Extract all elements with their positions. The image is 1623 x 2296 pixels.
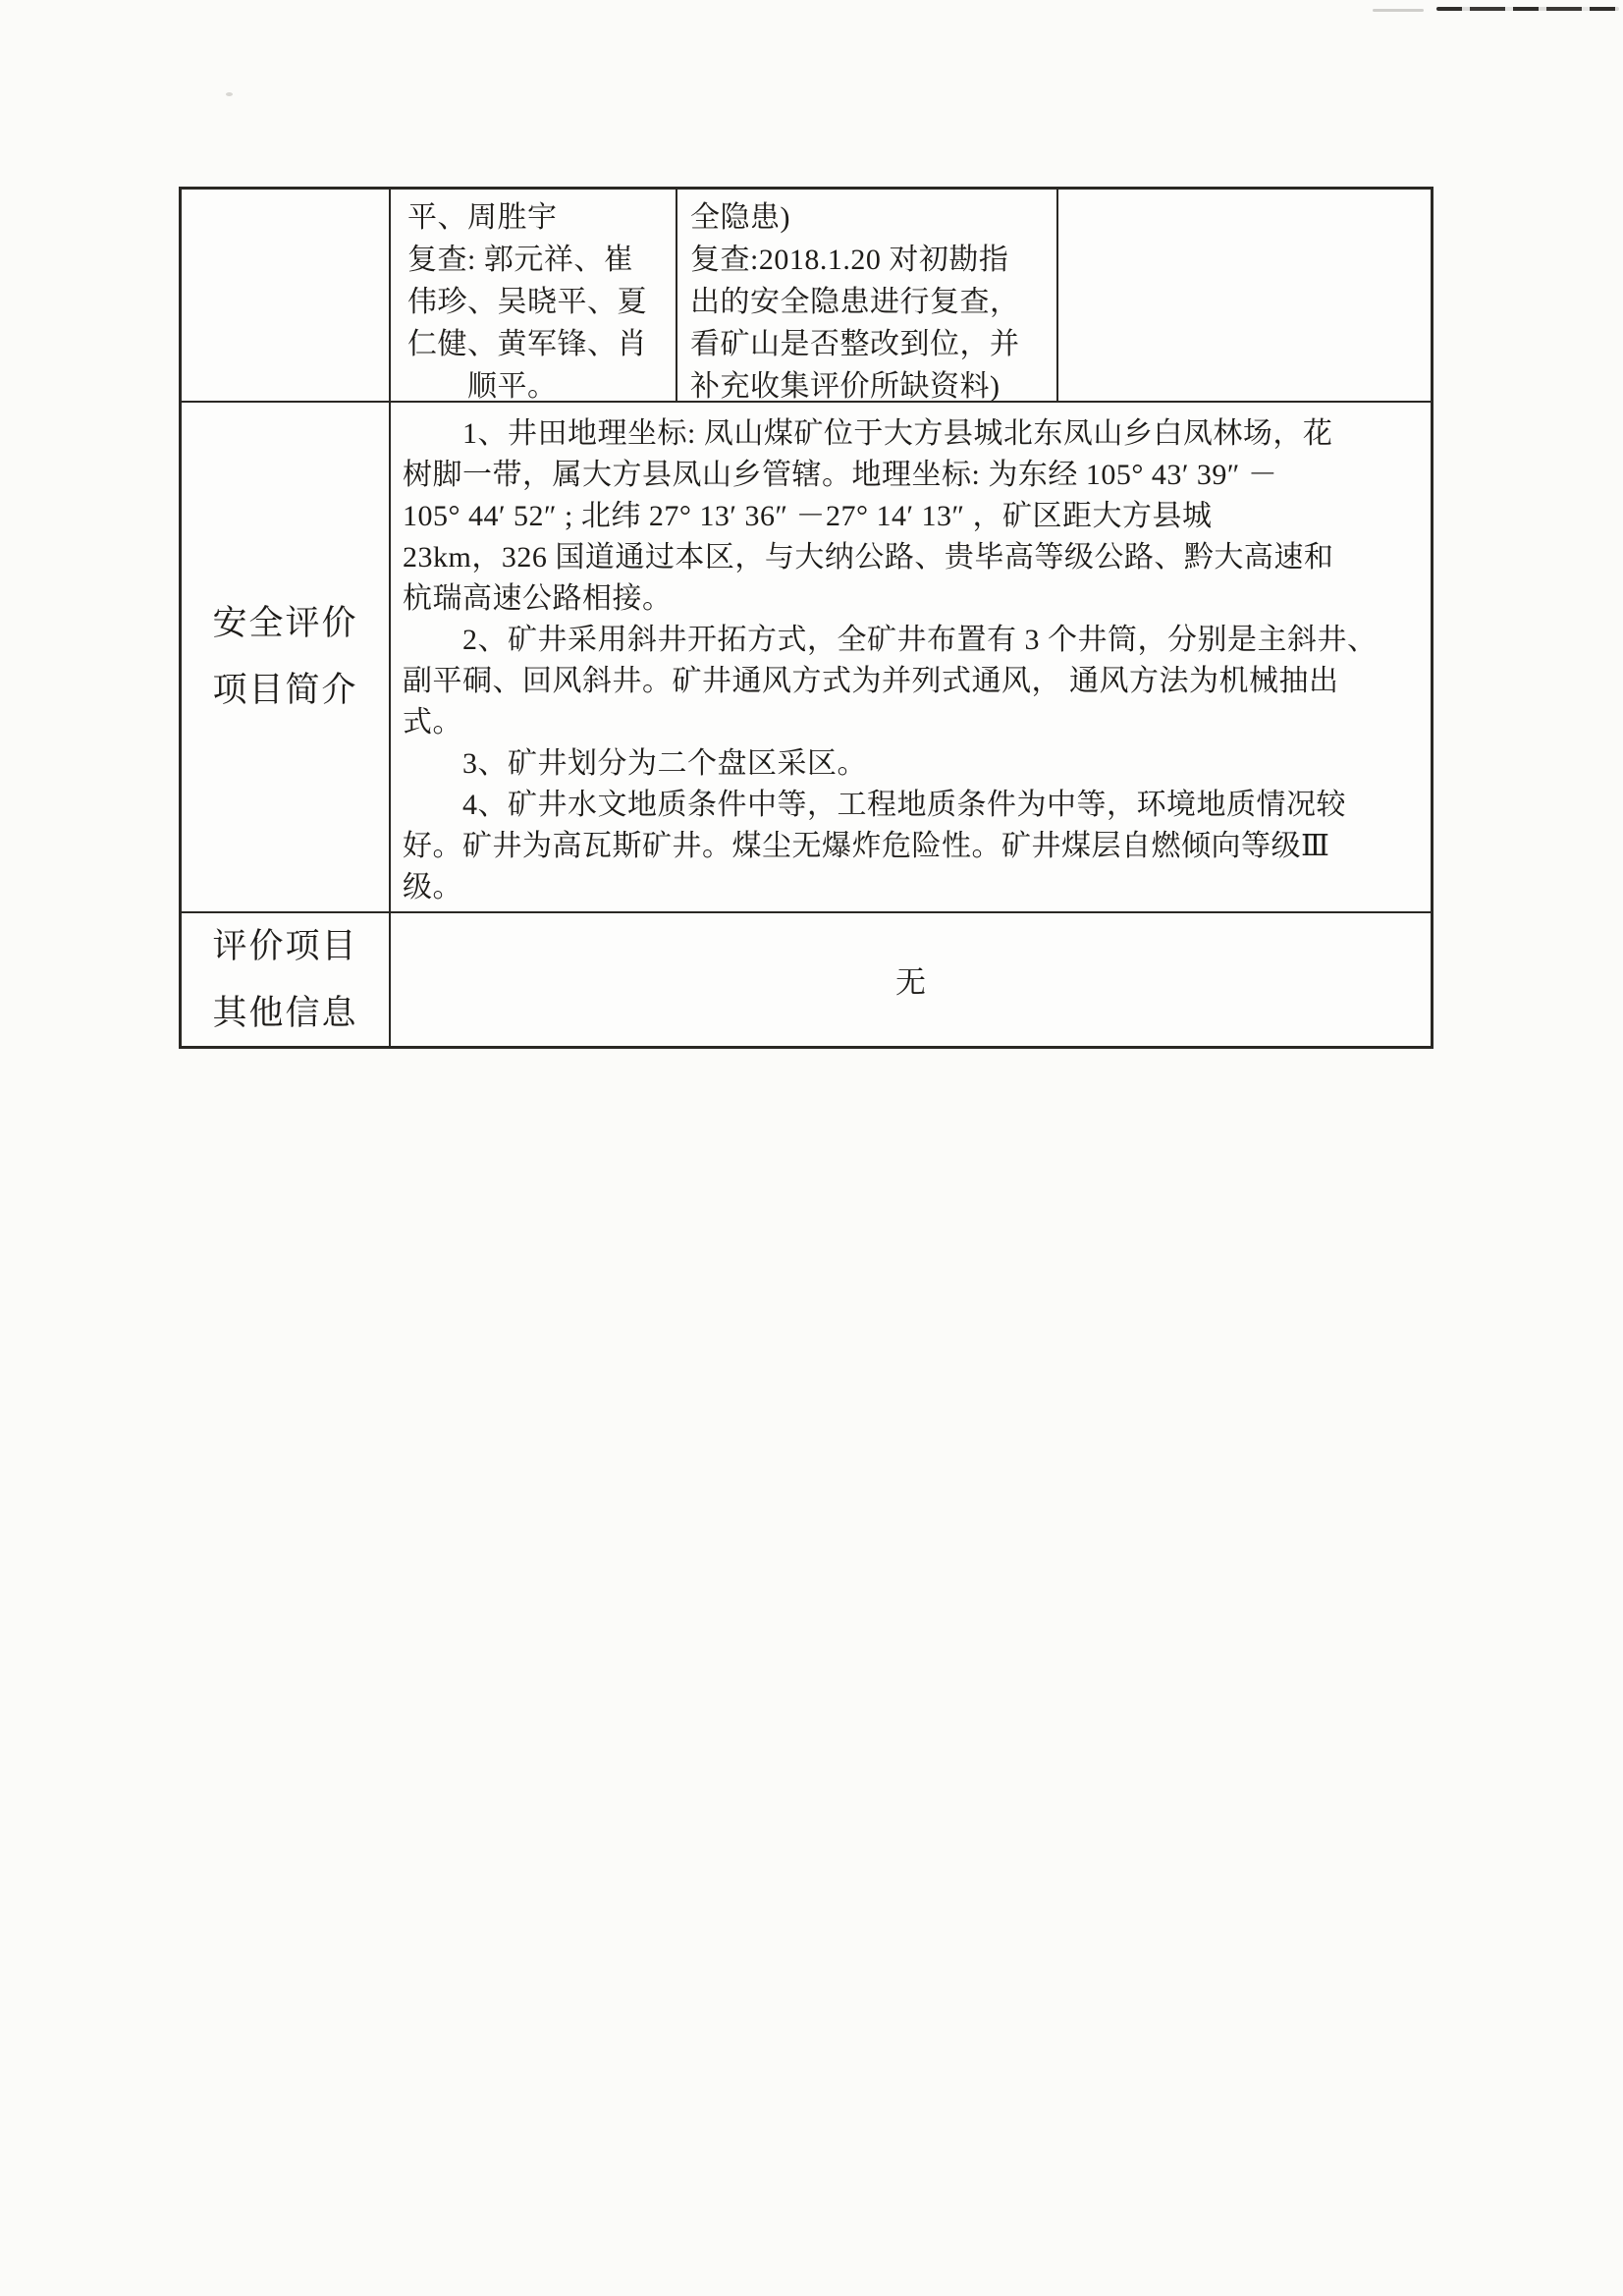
row-label-project-other-info: 评价项目 其他信息 <box>182 913 391 1046</box>
scan-artifact-faint-streak <box>1373 9 1424 12</box>
scan-artifact-dashed-line <box>1436 7 1619 11</box>
scanned-document-page: 平、周胜宇 复查: 郭元祥、崔 伟珍、吴晓平、夏 仁健、黄军锋、肖 顺平。 全隐… <box>0 0 1623 2296</box>
row-label-safety-evaluation-project-intro: 安全评价 项目简介 <box>182 403 391 913</box>
project-other-info-content: 无 <box>391 913 1431 1046</box>
table-cell-row1-empty-right <box>1058 190 1431 403</box>
safety-evaluation-table: 平、周胜宇 复查: 郭元祥、崔 伟珍、吴晓平、夏 仁健、黄军锋、肖 顺平。 全隐… <box>179 187 1434 1049</box>
scan-speck <box>226 92 233 96</box>
table-cell-row1-empty-left <box>182 190 391 403</box>
project-intro-content: 1、井田地理坐标: 凤山煤矿位于大方县城北东凤山乡白凤林场，花 树脚一带，属大方… <box>391 403 1431 913</box>
table-cell-review-personnel-continued: 平、周胜宇 复查: 郭元祥、崔 伟珍、吴晓平、夏 仁健、黄军锋、肖 顺平。 <box>391 190 677 403</box>
table-cell-review-process-continued: 全隐患) 复查:2018.1.20 对初勘指 出的安全隐患进行复查， 看矿山是否… <box>677 190 1058 403</box>
